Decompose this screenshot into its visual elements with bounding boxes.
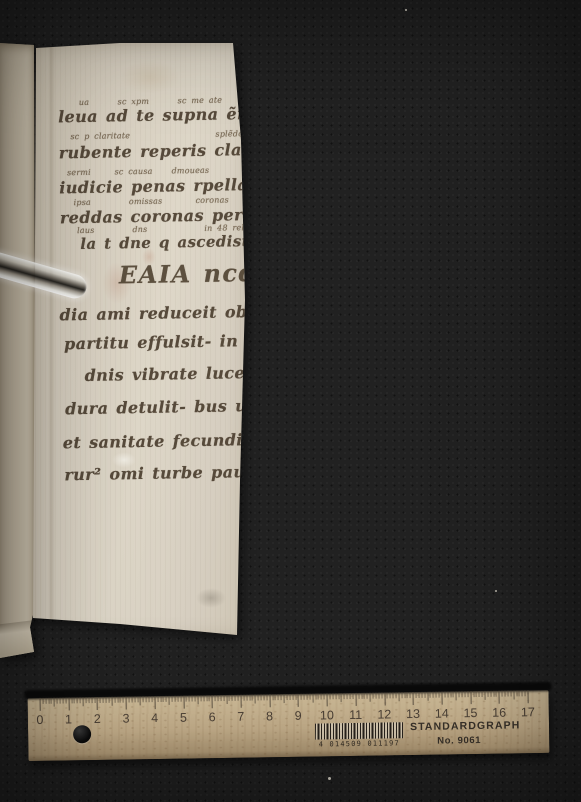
manuscript-line: sc p claritate splẽdore xyxy=(70,129,252,141)
ruler-number: 5 xyxy=(180,711,187,725)
ruler-tick xyxy=(169,696,170,705)
ruler-scale xyxy=(28,690,549,698)
ruler-tick xyxy=(62,698,63,704)
ruler-tick xyxy=(252,695,253,701)
ruler-tick xyxy=(200,695,201,701)
ruler-tick xyxy=(111,697,112,706)
ruler-tick xyxy=(395,692,396,698)
ruler-tick xyxy=(315,694,316,700)
ruler-tick xyxy=(482,691,483,697)
ruler-tick xyxy=(286,694,287,700)
ruler-tick xyxy=(180,696,181,702)
ruler-tick xyxy=(40,698,41,711)
ruler-tick xyxy=(129,696,130,702)
ruler-tick xyxy=(126,697,127,710)
ruler-tick xyxy=(51,698,52,704)
manuscript-line: et sanitate fecundi | ichiuu xyxy=(63,429,333,453)
ruler-tick xyxy=(266,694,267,700)
ruler-tick xyxy=(367,693,368,699)
ruler-number: 13 xyxy=(406,707,420,721)
ruler-number: 3 xyxy=(122,711,129,725)
ruler-tick xyxy=(57,698,58,704)
ruler-tick xyxy=(261,694,262,700)
ruler-tick xyxy=(65,697,66,703)
ruler-tick xyxy=(192,696,193,702)
ruler-tick xyxy=(48,698,49,704)
ruler-tick xyxy=(146,696,147,702)
ruler-tick xyxy=(131,696,132,702)
manuscript-line: rur² omi turbe pauer chr xyxy=(64,461,304,484)
ruler-number: 0 xyxy=(36,713,43,727)
ruler-tick xyxy=(223,695,224,701)
ruler-barcode xyxy=(315,722,403,739)
ruler-tick xyxy=(278,694,279,700)
ruler-tick xyxy=(335,693,336,699)
ruler-tick xyxy=(45,698,46,704)
ruler-tick xyxy=(108,697,109,703)
ruler-tick xyxy=(97,697,98,710)
ruler-tick xyxy=(370,693,371,702)
ruler-tick xyxy=(484,691,485,700)
ruler-tick xyxy=(85,697,86,703)
dust-speck xyxy=(495,590,497,592)
ruler-tick xyxy=(464,691,465,697)
ruler-tick xyxy=(226,695,227,704)
ruler-tick xyxy=(373,693,374,699)
ruler-tick xyxy=(309,694,310,700)
ruler-tick xyxy=(513,690,514,699)
ruler-tick xyxy=(263,694,264,700)
ruler-tick xyxy=(120,697,121,703)
ruler-tick xyxy=(439,692,440,698)
ruler-tick xyxy=(212,695,213,708)
ruler-model-label: No. 9061 xyxy=(437,735,481,747)
ruler-number: 7 xyxy=(237,710,244,724)
manuscript-line: partitu effulsit- in discipu xyxy=(64,330,314,353)
ruler-tick xyxy=(292,694,293,700)
ruler-tick xyxy=(384,692,385,705)
ruler: 01234567891011121314151617 4 014509 0111… xyxy=(28,690,550,761)
ruler-tick xyxy=(269,694,270,707)
ruler-tick xyxy=(528,690,529,703)
ruler-tick xyxy=(352,693,353,699)
ruler-tick xyxy=(54,698,55,707)
manuscript-line: dia ami reduceit obita n xyxy=(59,301,292,324)
ruler-tick xyxy=(499,691,500,704)
ruler-tick xyxy=(355,693,356,706)
ruler-tick xyxy=(71,697,72,703)
ruler-brand-label: STANDARDGRAPH xyxy=(410,719,521,733)
ruler-tick xyxy=(381,693,382,699)
ruler-tick xyxy=(218,695,219,701)
ruler-tick xyxy=(195,695,196,701)
ruler-tick xyxy=(83,697,84,706)
ruler-tick xyxy=(137,696,138,702)
ruler-tick xyxy=(177,696,178,702)
ruler-number: 1 xyxy=(65,712,72,726)
ruler-tick xyxy=(479,691,480,697)
ruler-tick xyxy=(143,696,144,702)
parchment-stub xyxy=(0,43,37,658)
ruler-tick xyxy=(238,695,239,701)
ruler-tick xyxy=(505,691,506,697)
ruler-tick xyxy=(467,691,468,697)
ruler-tick xyxy=(68,697,69,710)
ruler-tick xyxy=(462,691,463,697)
ruler-tick xyxy=(295,694,296,700)
ruler-tick xyxy=(502,691,503,697)
ruler-tick xyxy=(418,692,419,698)
ruler-tick xyxy=(100,697,101,703)
ruler-tick xyxy=(324,693,325,699)
ruler-tick xyxy=(312,694,313,703)
ruler-tick xyxy=(94,697,95,703)
ruler-tick xyxy=(350,693,351,699)
manuscript-line: rubente reperis clare r xyxy=(59,140,279,163)
ruler-tick xyxy=(220,695,221,701)
ruler-tick xyxy=(301,694,302,700)
ruler-tick xyxy=(387,692,388,698)
ruler-tick xyxy=(284,694,285,703)
ruler-tick xyxy=(298,694,299,707)
ruler-tick xyxy=(77,697,78,703)
ruler-tick xyxy=(232,695,233,701)
ruler-tick xyxy=(456,691,457,700)
ruler-tick xyxy=(281,694,282,700)
manuscript-line: EAIA ncdiu xyxy=(119,257,287,289)
ruler-tick xyxy=(447,691,448,697)
ruler-tick xyxy=(318,694,319,700)
ruler-tick xyxy=(42,698,43,704)
ruler-tick xyxy=(240,695,241,708)
barcode-digits: 4 014509 011197 xyxy=(312,739,406,748)
ruler-tick xyxy=(525,690,526,696)
ruler-tick xyxy=(103,697,104,703)
ruler-tick xyxy=(332,693,333,699)
ruler-tick xyxy=(401,692,402,698)
ruler-tick xyxy=(347,693,348,699)
manuscript-line: iudicie penas rpellas dd xyxy=(59,174,289,197)
ruler-tick xyxy=(470,691,471,704)
parchment-leaf: ua sc xpm sc me ateleua ad te supna ẽra … xyxy=(30,40,250,640)
ruler-tick xyxy=(364,693,365,699)
ruler-number: 2 xyxy=(94,712,101,726)
ruler-tick xyxy=(134,696,135,702)
ruler-tick xyxy=(413,692,414,705)
ruler-tick xyxy=(476,691,477,697)
ruler-tick xyxy=(172,696,173,702)
ruler-tick xyxy=(154,696,155,709)
parchment-stub-fold xyxy=(0,620,37,659)
ruler-tick xyxy=(496,691,497,697)
ruler-tick xyxy=(106,697,107,703)
ruler-tick xyxy=(123,697,124,703)
ruler-tick xyxy=(430,692,431,698)
ruler-tick xyxy=(450,691,451,697)
ruler-tick xyxy=(361,693,362,699)
manuscript-line: leua ad te supna ẽra + xyxy=(58,103,287,126)
ruler-tick xyxy=(427,692,428,701)
manuscript-text: ua sc xpm sc me ateleua ad te supna ẽra … xyxy=(25,38,255,642)
ruler-tick xyxy=(74,697,75,703)
ruler-tick xyxy=(493,691,494,697)
ruler-tick xyxy=(327,693,328,706)
ruler-tick xyxy=(507,691,508,697)
ruler-tick xyxy=(487,691,488,697)
ruler-tick xyxy=(407,692,408,698)
ruler-tick xyxy=(304,694,305,700)
ruler-number: 12 xyxy=(377,707,391,721)
ruler-tick xyxy=(516,690,517,696)
ruler-tick xyxy=(163,696,164,702)
ruler-tick xyxy=(453,691,454,697)
ruler-tick xyxy=(321,693,322,699)
ruler-tick xyxy=(209,695,210,701)
ruler-tick xyxy=(166,696,167,702)
ruler-tick xyxy=(338,693,339,699)
ruler-tick xyxy=(197,695,198,704)
ruler-tick xyxy=(522,690,523,696)
ruler-tick xyxy=(60,698,61,704)
ruler-tick xyxy=(255,695,256,704)
ruler-tick xyxy=(510,690,511,696)
ruler-tick xyxy=(436,692,437,698)
ruler-tick xyxy=(398,692,399,701)
ruler-tick xyxy=(80,697,81,703)
ruler-tick xyxy=(519,690,520,696)
ruler-hole xyxy=(73,725,91,743)
ruler-tick xyxy=(149,696,150,702)
ruler-tick xyxy=(91,697,92,703)
ruler-tick xyxy=(393,692,394,698)
ruler-tick xyxy=(157,696,158,702)
ruler-tick xyxy=(88,697,89,703)
ruler-tick xyxy=(390,692,391,698)
ruler-tick xyxy=(410,692,411,698)
ruler-tick xyxy=(404,692,405,698)
ruler-tick xyxy=(329,693,330,699)
dust-speck xyxy=(405,9,407,11)
manuscript-line: la t dne q ascedisti ad + xyxy=(80,231,304,253)
ruler-tick xyxy=(229,695,230,701)
ruler-number: 15 xyxy=(463,706,477,720)
ruler-tick xyxy=(307,694,308,700)
ruler-tick xyxy=(433,692,434,698)
ruler-tick xyxy=(246,695,247,701)
ruler-tick xyxy=(151,696,152,702)
ruler-tick xyxy=(235,695,236,701)
ruler-number: 11 xyxy=(349,708,362,722)
ruler-number: 4 xyxy=(151,711,158,725)
ruler-number: 8 xyxy=(266,709,273,723)
ruler-tick xyxy=(421,692,422,698)
ruler-number: 6 xyxy=(209,710,216,724)
ruler-tick xyxy=(174,696,175,702)
ruler-tick xyxy=(473,691,474,697)
ruler-tick xyxy=(140,696,141,705)
ruler-tick xyxy=(189,696,190,702)
ruler-tick xyxy=(243,695,244,701)
ruler-tick xyxy=(183,696,184,709)
ruler-tick xyxy=(441,692,442,705)
ruler-tick xyxy=(444,692,445,698)
ruler-tick xyxy=(249,695,250,701)
manuscript-line: dnis vibrate luce lich xyxy=(84,362,288,385)
ruler-tick xyxy=(272,694,273,700)
ruler-number: 14 xyxy=(435,706,449,720)
ruler-tick xyxy=(424,692,425,698)
ruler-tick xyxy=(215,695,216,701)
ruler-tick xyxy=(258,694,259,700)
ruler-tick xyxy=(378,693,379,699)
ruler-tick xyxy=(289,694,290,700)
ruler-tick xyxy=(490,691,491,697)
ruler-number: 9 xyxy=(295,709,302,723)
ruler-tick xyxy=(459,691,460,697)
manuscript-line: dura detulit- bus ut vent xyxy=(65,395,303,418)
ruler-tick xyxy=(344,693,345,699)
ruler-tick xyxy=(358,693,359,699)
ruler-number: 16 xyxy=(492,706,506,720)
ruler-number: 10 xyxy=(320,708,334,722)
ruler-number: 17 xyxy=(521,705,535,719)
ruler-tick xyxy=(416,692,417,698)
digitization-photo: ua sc xpm sc me ateleua ad te supna ẽra … xyxy=(0,0,581,802)
ruler-tick xyxy=(341,693,342,702)
ruler-tick xyxy=(114,697,115,703)
ruler-tick xyxy=(186,696,187,702)
ruler-tick xyxy=(275,694,276,700)
ruler-tick xyxy=(203,695,204,701)
ruler-tick xyxy=(206,695,207,701)
ruler-tick xyxy=(160,696,161,702)
ruler-tick xyxy=(375,693,376,699)
ruler-tick xyxy=(117,697,118,703)
dust-speck xyxy=(328,777,331,780)
